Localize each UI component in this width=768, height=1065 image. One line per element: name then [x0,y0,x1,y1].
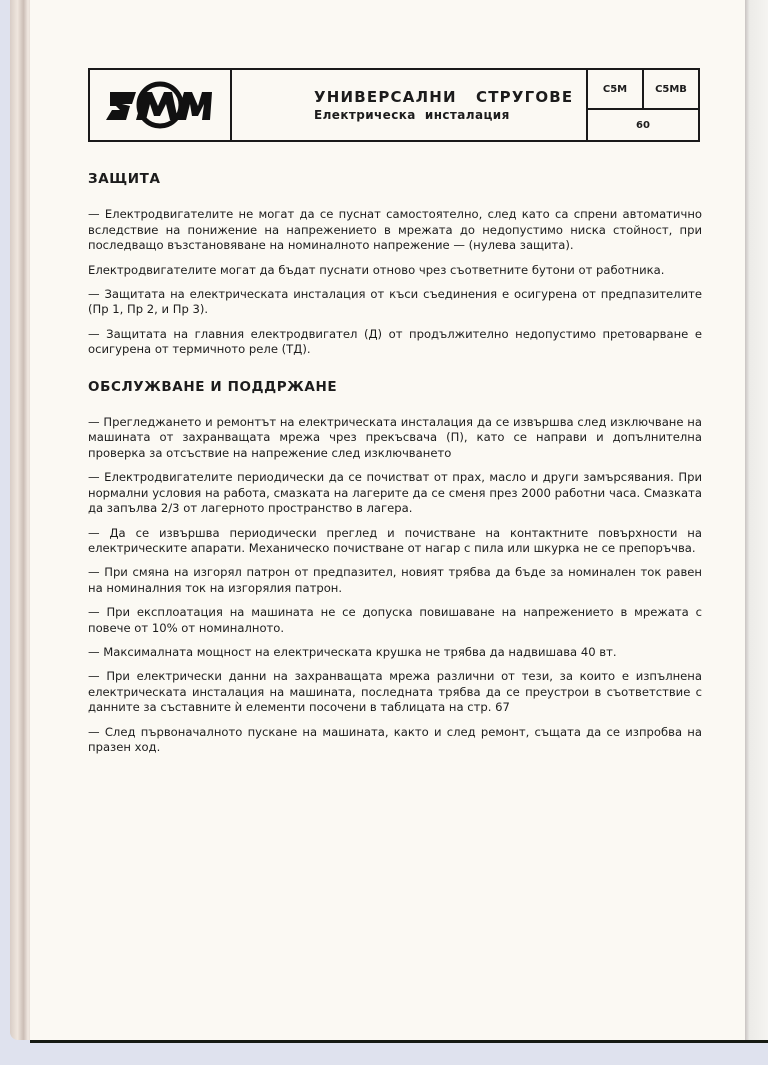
document-subtitle: Електрическа инсталация [314,108,586,122]
paragraph: — След първоначалното пускане на машинат… [88,725,702,756]
book-spine [745,0,768,1040]
paragraph: — Защитата на електрическата инсталация … [88,287,702,318]
paragraph: — Електродвигателите периодически да се … [88,470,702,516]
page-header: УНИВЕРСАЛНИ СТРУГОВЕ Електрическа инстал… [88,68,700,142]
title-cell: УНИВЕРСАЛНИ СТРУГОВЕ Електрическа инстал… [232,70,588,140]
paragraph: Електродвигателите могат да бъдат пуснат… [88,263,702,278]
logo-cell [90,70,232,140]
zmm-logo-icon [106,80,214,130]
model-cell: C5M C5MB 60 [588,70,698,140]
paragraph: — Максималната мощност на електрическата… [88,645,702,660]
section-heading-protection: ЗАЩИТА [88,172,702,187]
page-number: 60 [588,110,698,140]
paragraph: — Електродвигателите не могат да се пусн… [88,207,702,253]
document-title: УНИВЕРСАЛНИ СТРУГОВЕ [314,88,586,106]
paragraph: — Защитата на главния електродвигател (Д… [88,327,702,358]
model-c5m: C5M [588,70,644,108]
paragraph: — Прегледжането и ремонтът на електричес… [88,415,702,461]
paragraph: — При смяна на изгорял патрон от предпаз… [88,565,702,596]
paragraph: — При електрически данни на захранващата… [88,669,702,715]
model-c5mb: C5MB [644,70,698,108]
section-heading-maintenance: ОБСЛУЖВАНЕ И ПОДДРЖАНЕ [88,380,702,395]
paragraph: — Да се извършва периодически преглед и … [88,526,702,557]
document-body: ЗАЩИТА — Електродвигателите не могат да … [88,172,702,764]
paragraph: — При експлоатация на машината не се доп… [88,605,702,636]
